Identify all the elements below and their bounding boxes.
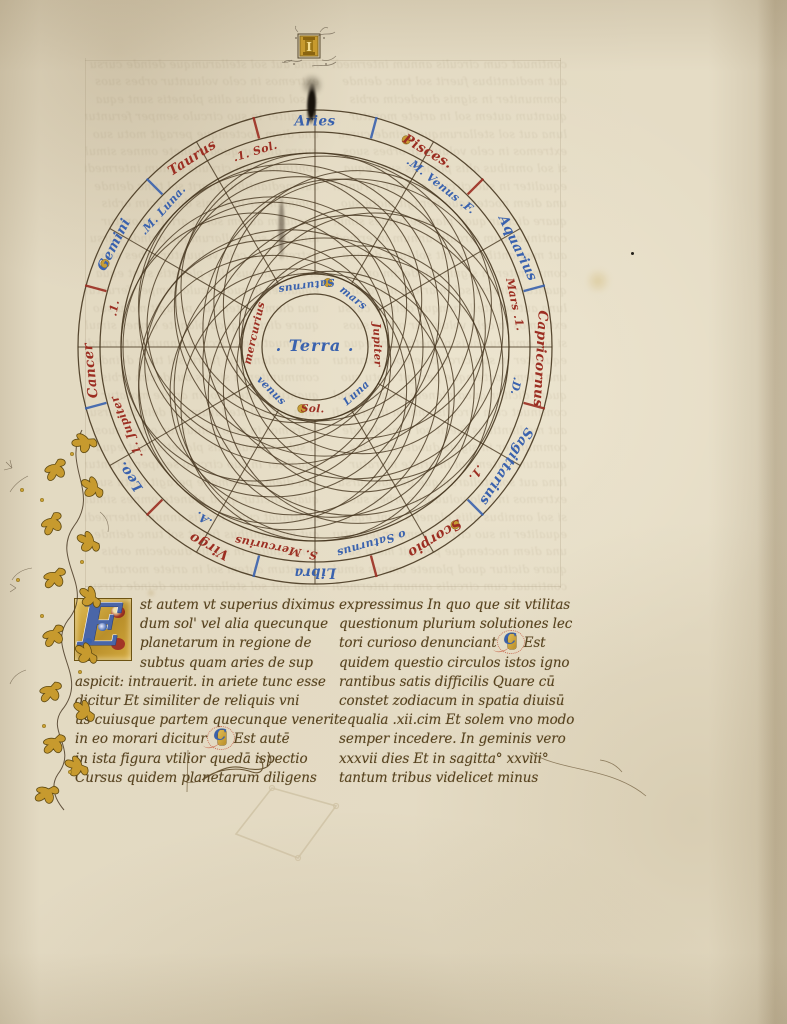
zodiac-tick [147,179,163,195]
planet-band-label: .D. [508,376,524,396]
zodiac-tick [147,500,163,516]
manuscript-text-line: us cuiusque partem quecunque venerit [75,711,343,730]
manuscript-page: continuat cum circulis annum intermediaa… [0,0,787,1024]
parchment-stain [584,269,612,293]
svg-text:I: I [306,40,312,54]
manuscript-text-line: questionum plurium solutiones lec [339,615,595,634]
zodiac-label: Gemini [94,216,134,274]
manuscript-text-line: dicitur Et similiter de reliquis vni [75,692,343,711]
inner-planet-label: Saturnus [277,276,335,296]
zodiac-tick [85,285,106,291]
inner-planet-label: mars [337,284,369,313]
inner-planet-label: Jupiter [370,321,384,368]
manuscript-text-line: in ista figura vtilior quedā ispectio [75,750,343,769]
paraph-initial: C [211,731,231,745]
inner-planet-label: Luna [340,378,372,408]
zodiac-label: Leo. [114,458,147,495]
manuscript-text-line: constet zodiacum in spatia diuisū [339,692,595,711]
radial-spoke [378,229,520,311]
zodiac-label: Libra [294,565,337,581]
zodiac-label: Sagittarius [476,425,536,508]
planet-band-label: .1. [106,299,122,318]
zodiac-label: Aries [293,114,336,130]
orbit-circle [170,269,416,515]
manuscript-text-line: rantibus satis difficilis Quare cū [339,673,595,692]
manuscript-text-line: tantum tribus videlicet minus [339,769,595,788]
orbit-circle [147,202,393,448]
planetary-orbits-diagram: AriesPisces.AquariusCapricornusSagittari… [55,87,575,607]
ink-dot [631,252,634,255]
manuscript-text-line: quidem questio circulos istos igno [339,654,595,673]
drop-cap-letter: E [78,595,122,656]
text-column-right: expressimus In quo que sit vtilitasquest… [339,596,595,788]
orbit-circle [237,246,483,492]
terra-center-label: . Terra . [276,336,355,355]
page-edge-shadow [757,0,787,1024]
zodiac-label: Taurus [165,136,219,179]
zodiac-tick [371,117,377,138]
text-column-left: E st autem vt superius diximusdum sol' v… [75,596,343,788]
zodiac-tick [524,285,545,291]
manuscript-text-line: semper incedere. In geminis vero [339,730,595,749]
manuscript-text-line: aspicit: intrauerit. in ariete tunc esse [75,673,343,692]
zodiac-label: Cancer [80,342,102,399]
manuscript-text-line: expressimus In quo que sit vtilitas [339,596,595,615]
orbit-circle [203,179,503,479]
illuminated-initial-E: E [75,599,131,660]
zodiac-tick [468,179,484,195]
zodiac-tick [253,556,259,577]
manuscript-text-line: Cursus quidem planetarum diligens [75,769,343,788]
paraph-initial: C [501,635,521,649]
inner-planet-label: Sol. [301,403,325,416]
manuscript-text-line: tori curioso denunciantCEst [339,634,595,653]
zodiac-tick [371,556,377,577]
manuscript-text-line: xxxvii dies Et in sagitta° xxviii° [339,750,595,769]
zodiac-tick [85,403,106,409]
manuscript-text-line: equalia .xii.cim Et solem vno modo [339,711,595,730]
zodiac-tick [253,117,259,138]
inner-planet-label: venus [254,374,288,408]
manuscript-text-line: in eo morari diciturCEst autē [75,730,343,749]
